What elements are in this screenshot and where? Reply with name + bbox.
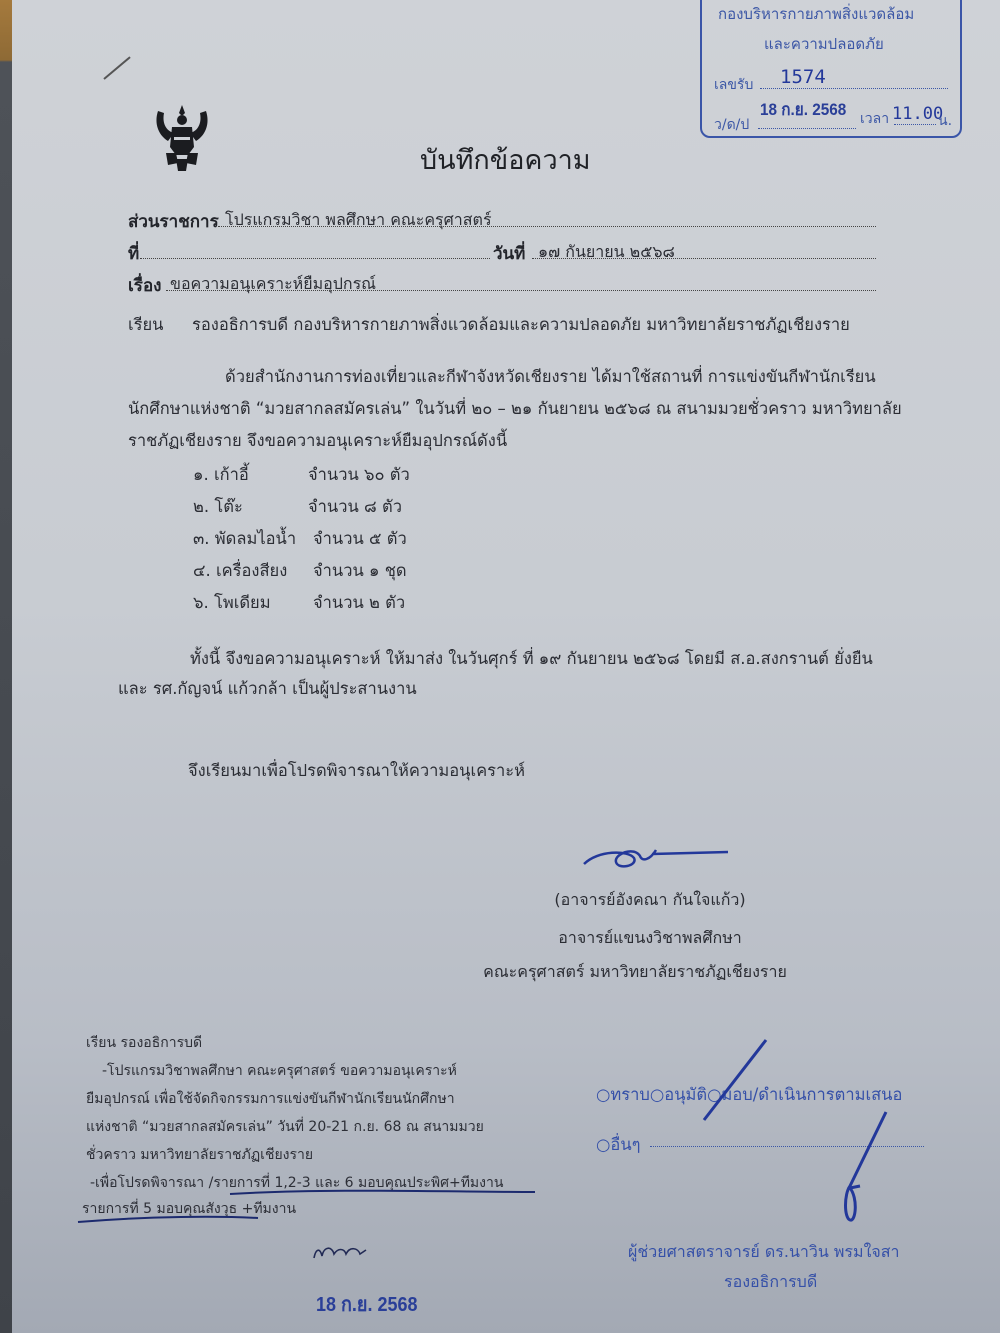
stamp-time-value: 11.00 [892, 104, 943, 124]
initials-icon [310, 1240, 390, 1264]
subject-value: ขอความอนุเคราะห์ยืมอุปกรณ์ [170, 272, 376, 297]
stamp-date-label: ว/ด/ป [714, 114, 749, 136]
list-item: ๖. โพเดียมจำนวน ๒ ตัว [193, 590, 271, 616]
department-value: โปรแกรมวิชา พลศึกษา คณะครุศาสตร์ [225, 208, 492, 233]
stamp-time-unit: น. [938, 110, 952, 132]
underline-pen-marks [70, 1186, 540, 1226]
stamp-time-label: เวลา [860, 108, 889, 130]
stamp-date-value: 18 ก.ย. 2568 [760, 96, 846, 123]
radio-acknowledge[interactable]: ○ [596, 1085, 610, 1104]
endorsement-line3: แห่งชาติ “มวยสากลสมัครเล่น” วันที่ 20-21… [86, 1116, 484, 1138]
body-para2-line2: และ รศ.กัญจน์ แก้วกล้า เป็นผู้ประสานงาน [118, 676, 417, 702]
decision-other: ○อื่นๆ [596, 1132, 640, 1158]
document-title: บันทึกข้อความ [420, 138, 591, 181]
stamp-org-line2: และความปลอดภัย [764, 32, 884, 56]
approver-title: รองอธิการบดี [724, 1270, 817, 1295]
endorsement-line1: -โปรแกรมวิชาพลศึกษา คณะครุศาสตร์ ขอความอ… [102, 1060, 457, 1082]
endorsement-to: เรียน รองอธิการบดี [86, 1032, 202, 1054]
signature-icon [578, 836, 738, 876]
stamp-org-line1: กองบริหารกายภาพสิ่งแวดล้อม [718, 2, 914, 26]
body-para1-line3: ราชภัฏเชียงราย จึงขอความอนุเคราะห์ยืมอุป… [128, 428, 507, 454]
receipt-stamp: กองบริหารกายภาพสิ่งแวดล้อม และความปลอดภั… [700, 0, 962, 138]
approver-signature-icon [830, 1110, 890, 1226]
ref-label: ที่ [128, 240, 139, 267]
check-stroke-icon [690, 1036, 770, 1122]
signer-org: คณะครุศาสตร์ มหาวิทยาลัยราชภัฏเชียงราย [460, 960, 810, 985]
to-label: เรียน [128, 312, 163, 338]
stamp-number-value: 1574 [780, 66, 826, 88]
body-para1-line2: นักศึกษาแห่งชาติ “มวยสากลสมัครเล่น” ในวั… [128, 396, 902, 422]
list-item: ๑. เก้าอี้จำนวน ๖๐ ตัว [193, 462, 249, 488]
garuda-emblem-icon [152, 103, 212, 173]
radio-approve[interactable]: ○ [650, 1085, 664, 1104]
date-value: ๑๗ กันยายน ๒๕๖๘ [538, 240, 675, 265]
endorsement-line4: ชั่วคราว มหาวิทยาลัยราชภัฏเชียงราย [86, 1144, 313, 1166]
endorsement-date-stamp: 18 ก.ย. 2568 [316, 1288, 418, 1320]
list-item: ๔. เครื่องสียงจำนวน ๑ ชุด [193, 558, 287, 584]
stamp-number-label: เลขรับ [714, 74, 753, 96]
subject-label: เรื่อง [128, 272, 161, 299]
radio-other[interactable]: ○ [596, 1135, 610, 1154]
desk-edge [0, 0, 12, 1333]
list-item: ๒. โต๊ะจำนวน ๘ ตัว [193, 494, 243, 520]
department-label: ส่วนราชการ [128, 208, 219, 235]
body-para2-line1: ทั้งนี้ จึงขอความอนุเคราะห์ ให้มาส่ง ในว… [190, 646, 873, 672]
signer-name: (อาจารย์อังคณา กันใจแก้ว) [500, 888, 800, 913]
body-para1-line1: ด้วยสำนักงานการท่องเที่ยวและกีฬาจังหวัดเ… [225, 364, 876, 390]
signer-position: อาจารย์แขนงวิชาพลศึกษา [500, 926, 800, 951]
endorsement-line2: ยืมอุปกรณ์ เพื่อใช้จัดกิจกรรมการแข่งขันก… [86, 1088, 455, 1110]
approver-name: ผู้ช่วยศาสตราจารย์ ดร.นาวิน พรมใจสา [628, 1240, 900, 1265]
closing-text: จึงเรียนมาเพื่อโปรดพิจารณาให้ความอนุเครา… [188, 758, 525, 784]
list-item: ๓. พัดลมไอน้ำจำนวน ๕ ตัว [193, 526, 296, 552]
to-value: รองอธิการบดี กองบริหารกายภาพสิ่งแวดล้อมแ… [192, 312, 850, 338]
date-label: วันที่ [493, 240, 525, 267]
